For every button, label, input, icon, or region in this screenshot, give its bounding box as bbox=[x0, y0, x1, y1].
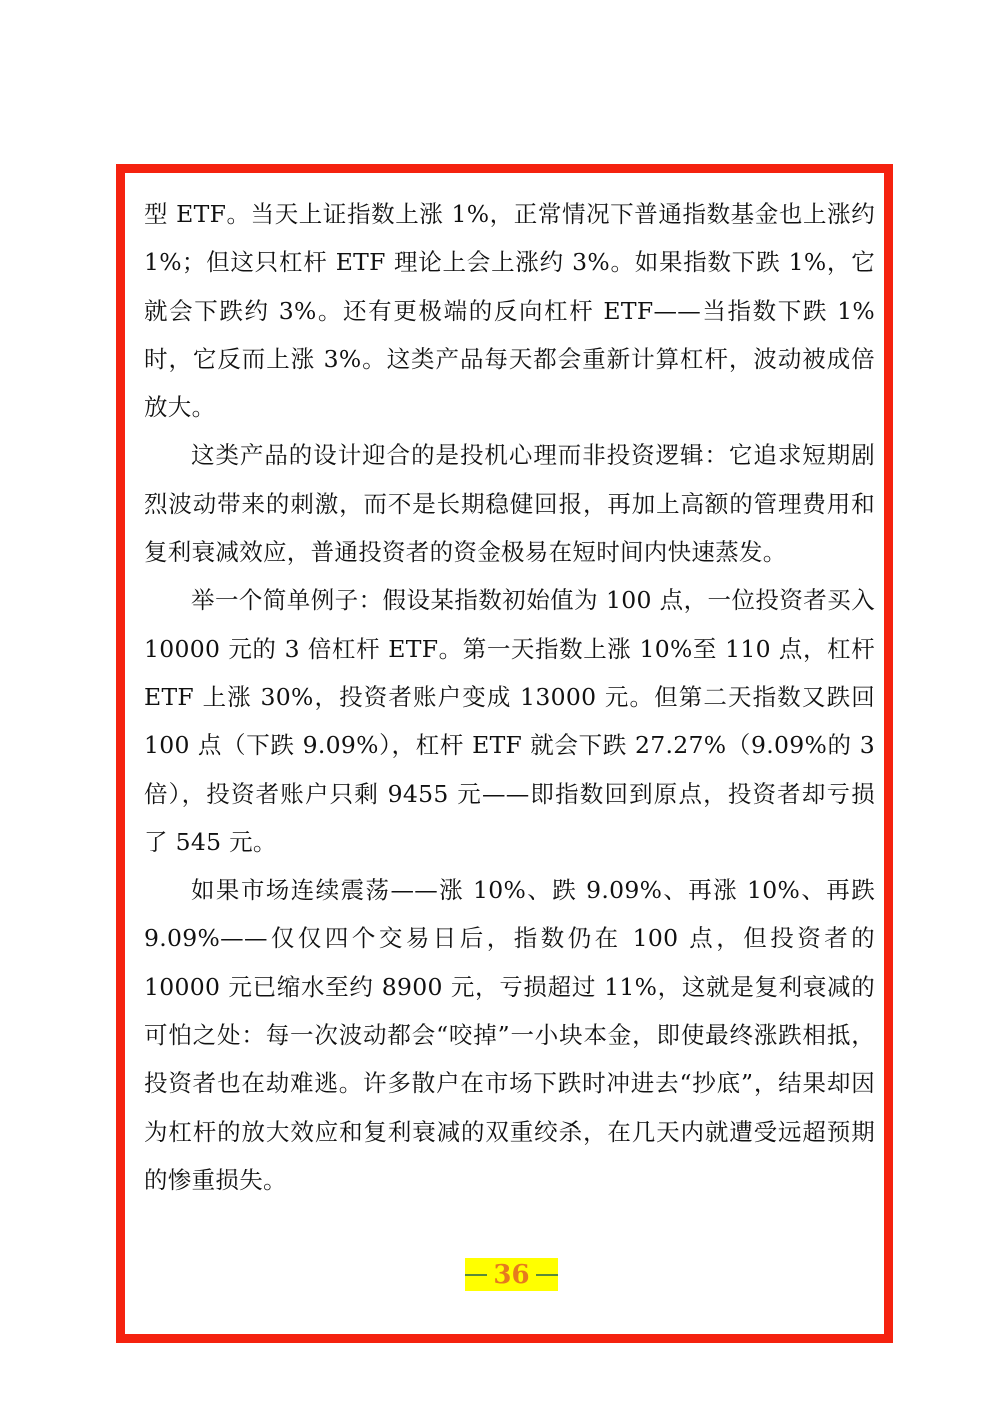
paragraph-4: 如果市场连续震荡——涨 10%、跌 9.09%、再涨 10%、再跌 9.09%—… bbox=[144, 866, 875, 1204]
paragraph-2: 这类产品的设计迎合的是投机心理而非投资逻辑：它追求短期剧烈波动带来的刺激，而不是… bbox=[144, 431, 875, 576]
body-text: 型 ETF。当天上证指数上涨 1%，正常情况下普通指数基金也上涨约 1%；但这只… bbox=[144, 190, 875, 1204]
paragraph-3: 举一个简单例子：假设某指数初始值为 100 点，一位投资者买入 10000 元的… bbox=[144, 576, 875, 866]
left-dash-decoration bbox=[465, 1274, 487, 1276]
page-border-frame: 型 ETF。当天上证指数上涨 1%，正常情况下普通指数基金也上涨约 1%；但这只… bbox=[116, 164, 893, 1343]
page-number: 36 bbox=[493, 1262, 529, 1288]
right-dash-decoration bbox=[536, 1274, 558, 1276]
page-number-badge: 36 bbox=[465, 1258, 558, 1291]
paragraph-1: 型 ETF。当天上证指数上涨 1%，正常情况下普通指数基金也上涨约 1%；但这只… bbox=[144, 190, 875, 431]
